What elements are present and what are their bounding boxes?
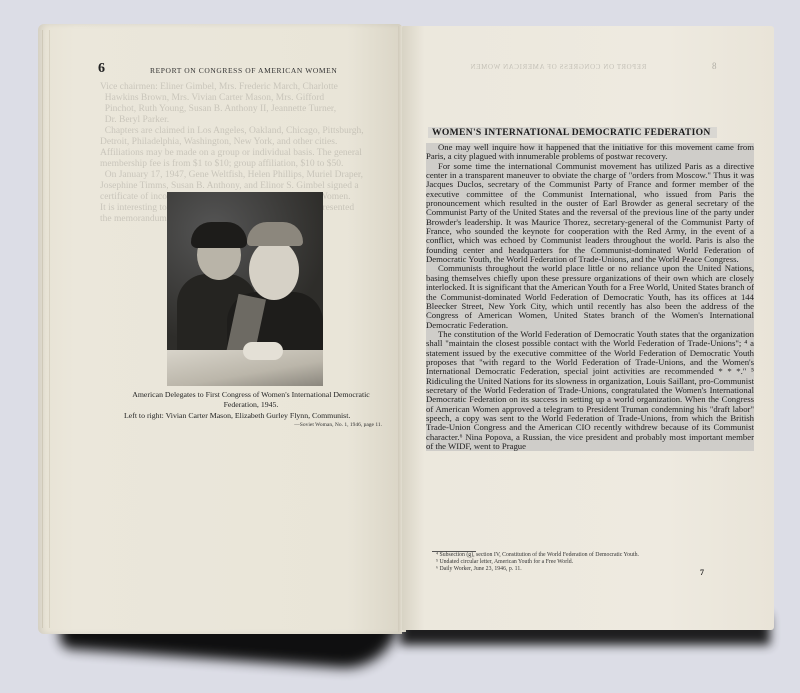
- footnotes: ⁴ Subsection (g), section IV, Constituti…: [436, 552, 639, 574]
- left-page-number: 6: [98, 61, 105, 77]
- footnote: ⁵ Undated circular letter, American Yout…: [436, 559, 639, 566]
- running-head: REPORT ON CONGRESS OF AMERICAN WOMEN: [150, 66, 337, 75]
- paragraph: One may well inquire how it happened tha…: [426, 143, 754, 162]
- photo-credit: —Soviet Woman, No. 1, 1946, page 11.: [250, 422, 382, 428]
- paragraph: Communists throughout the world place li…: [426, 264, 754, 329]
- mirrored-running-head: REPORT ON CONGRESS OF AMERICAN WOMEN: [470, 63, 646, 71]
- footnote: ⁶ Daily Worker, June 23, 1946, p. 11.: [436, 566, 639, 573]
- mirrored-page-number: 8: [712, 61, 717, 71]
- section-heading: WOMEN'S INTERNATIONAL DEMOCRATIC FEDERAT…: [428, 127, 717, 138]
- paragraph: For some time the international Communis…: [426, 162, 754, 265]
- photo-caption-names: Left to right: Vivian Carter Mason, Eliz…: [124, 411, 382, 420]
- right-page-number: 7: [700, 568, 704, 577]
- photo-caption: American Delegates to First Congress of …: [120, 390, 382, 410]
- article-body: One may well inquire how it happened tha…: [426, 143, 754, 451]
- paragraph: The constitution of the World Federation…: [426, 330, 754, 451]
- delegates-photo: [167, 192, 323, 386]
